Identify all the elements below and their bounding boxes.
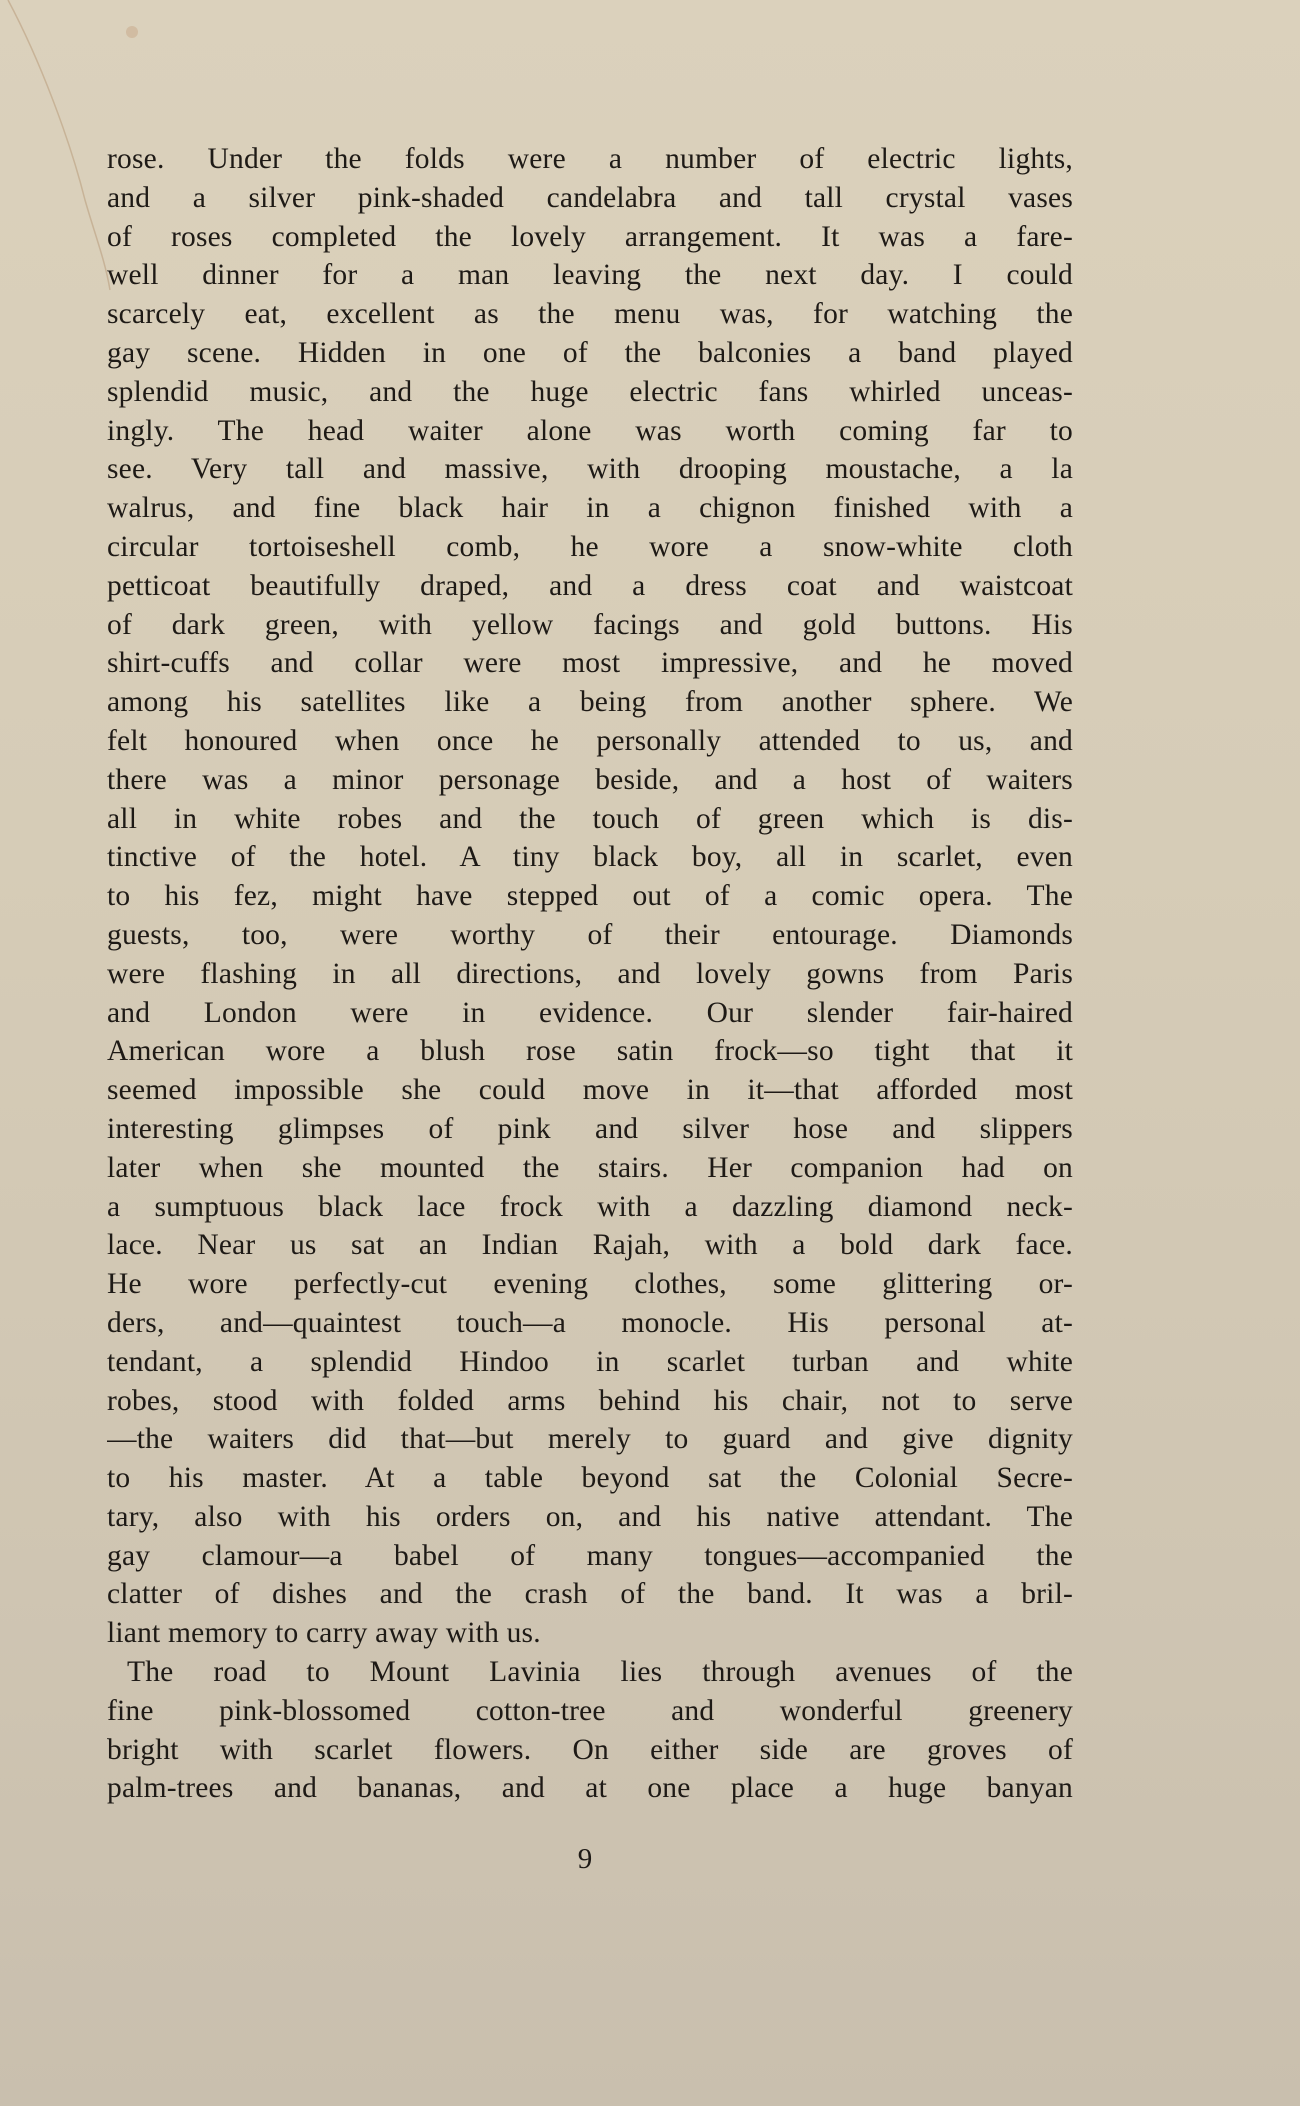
text-line: lace. Near us sat an Indian Rajah, with … xyxy=(107,1226,1073,1265)
text-line: American wore a blush rose satin frock—s… xyxy=(107,1032,1073,1071)
text-line: to his fez, might have stepped out of a … xyxy=(107,877,1073,916)
text-line: walrus, and fine black hair in a chignon… xyxy=(107,489,1073,528)
page-number: 9 xyxy=(0,1843,1170,1876)
text-line: gay scene. Hidden in one of the balconie… xyxy=(107,334,1073,373)
text-line: and a silver pink-shaded candelabra and … xyxy=(107,179,1073,218)
text-line: of roses completed the lovely arrangemen… xyxy=(107,218,1073,257)
text-line: a sumptuous black lace frock with a dazz… xyxy=(107,1188,1073,1227)
text-line: all in white robes and the touch of gree… xyxy=(107,800,1073,839)
text-line: splendid music, and the huge electric fa… xyxy=(107,373,1073,412)
text-line: interesting glimpses of pink and silver … xyxy=(107,1110,1073,1149)
text-line: of dark green, with yellow facings and g… xyxy=(107,606,1073,645)
text-line: bright with scarlet flowers. On either s… xyxy=(107,1731,1073,1770)
paragraph-2: The road to Mount Lavinia lies through a… xyxy=(107,1653,1073,1808)
text-line: fine pink-blossomed cotton-tree and wond… xyxy=(107,1692,1073,1731)
text-line: clatter of dishes and the crash of the b… xyxy=(107,1575,1073,1614)
text-line: tary, also with his orders on, and his n… xyxy=(107,1498,1073,1537)
text-line: tinctive of the hotel. A tiny black boy,… xyxy=(107,838,1073,877)
text-line: there was a minor personage beside, and … xyxy=(107,761,1073,800)
text-line: ders, and—quaintest touch—a monocle. His… xyxy=(107,1304,1073,1343)
paragraph-1: rose. Under the folds were a number of e… xyxy=(107,140,1073,1653)
text-line: petticoat beautifully draped, and a dres… xyxy=(107,567,1073,606)
text-line: later when she mounted the stairs. Her c… xyxy=(107,1149,1073,1188)
text-line: to his master. At a table beyond sat the… xyxy=(107,1459,1073,1498)
text-line: guests, too, were worthy of their entour… xyxy=(107,916,1073,955)
text-line: circular tortoiseshell comb, he wore a s… xyxy=(107,528,1073,567)
text-line: shirt-cuffs and collar were most impress… xyxy=(107,644,1073,683)
book-page: rose. Under the folds were a number of e… xyxy=(0,0,1300,2106)
text-line: see. Very tall and massive, with droopin… xyxy=(107,450,1073,489)
text-line: robes, stood with folded arms behind his… xyxy=(107,1382,1073,1421)
text-line: well dinner for a man leaving the next d… xyxy=(107,256,1073,295)
text-line: felt honoured when once he personally at… xyxy=(107,722,1073,761)
text-line: among his satellites like a being from a… xyxy=(107,683,1073,722)
text-line: liant memory to carry away with us. xyxy=(107,1614,1073,1653)
text-line: gay clamour—a babel of many tongues—acco… xyxy=(107,1537,1073,1576)
body-text: rose. Under the folds were a number of e… xyxy=(107,140,1073,1808)
text-line: were flashing in all directions, and lov… xyxy=(107,955,1073,994)
text-line: ingly. The head waiter alone was worth c… xyxy=(107,412,1073,451)
text-line: tendant, a splendid Hindoo in scarlet tu… xyxy=(107,1343,1073,1382)
text-line: The road to Mount Lavinia lies through a… xyxy=(107,1653,1073,1692)
text-line: seemed impossible she could move in it—t… xyxy=(107,1071,1073,1110)
text-line: rose. Under the folds were a number of e… xyxy=(107,140,1073,179)
text-line: —the waiters did that—but merely to guar… xyxy=(107,1420,1073,1459)
text-line: scarcely eat, excellent as the menu was,… xyxy=(107,295,1073,334)
text-line: palm-trees and bananas, and at one place… xyxy=(107,1769,1073,1808)
text-line: He wore perfectly-cut evening clothes, s… xyxy=(107,1265,1073,1304)
text-line: and London were in evidence. Our slender… xyxy=(107,994,1073,1033)
